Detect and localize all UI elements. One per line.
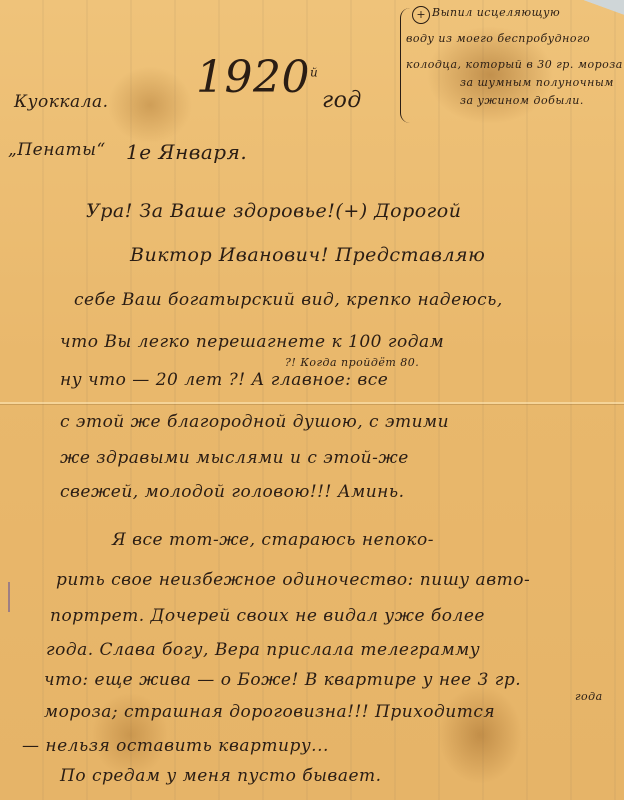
note-line: за шумным полуночным (460, 76, 614, 89)
note-line: за ужином добыли. (460, 94, 584, 107)
note-line: Выпил исцеляющую (432, 6, 560, 19)
year-suffix: й (310, 65, 318, 79)
body-line: себе Ваш богатырский вид, крепко надеюсь… (74, 290, 503, 310)
body-line: рить свое неизбежное одиночество: пишу а… (56, 570, 530, 590)
body-line: Ура! За Ваше здоровье!(+) Дорогой (86, 200, 461, 222)
body-line: ну что — 20 лет ?! А главное: все (60, 370, 388, 390)
body-line: что Вы легко перешагнете к 100 годам (60, 332, 444, 352)
margin-note: Выпил исцеляющую воду из моего беспробуд… (400, 2, 624, 110)
estate-name: „Пенаты“ (8, 140, 106, 160)
note-line: колодца, который в 30 гр. мороза (406, 58, 623, 71)
inline-annotation: ?! Когда пройдёт 80. (285, 356, 419, 369)
letter-page: Куоккала. 1920й год „Пенаты“ 1е Января. … (0, 0, 624, 800)
body-line: свежей, молодой головою!!! Аминь. (60, 482, 405, 502)
body-line: По средам у меня пусто бывает. (60, 766, 382, 786)
body-line: портрет. Дочерей своих не видал уже боле… (50, 606, 485, 626)
body-line: что: еще жива — о Боже! В квартире у нее… (44, 670, 521, 690)
letter-date: 1е Января. (126, 140, 247, 164)
year: 1920й (196, 52, 318, 103)
body-line: Я все тот-же, стараюсь непоко- (112, 530, 434, 550)
body-line: с этой же благородной душою, с этими (60, 412, 449, 432)
margin-pencil-mark (8, 582, 10, 612)
inline-annotation: года (575, 690, 603, 703)
place-name: Куоккала. (14, 92, 109, 112)
body-line: года. Слава богу, Вера прислала телеграм… (46, 640, 480, 660)
year-number: 1920 (196, 52, 310, 103)
body-line: — нельзя оставить квартиру... (22, 736, 329, 756)
fold-crease (0, 402, 624, 404)
body-line: Виктор Иванович! Представляю (130, 244, 485, 266)
body-line: мороза; страшная дороговизна!!! Приходит… (44, 702, 495, 722)
body-line: же здравыми мыслями и с этой-же (60, 448, 409, 468)
note-line: воду из моего беспробудного (406, 32, 590, 45)
year-word: год (322, 88, 362, 113)
